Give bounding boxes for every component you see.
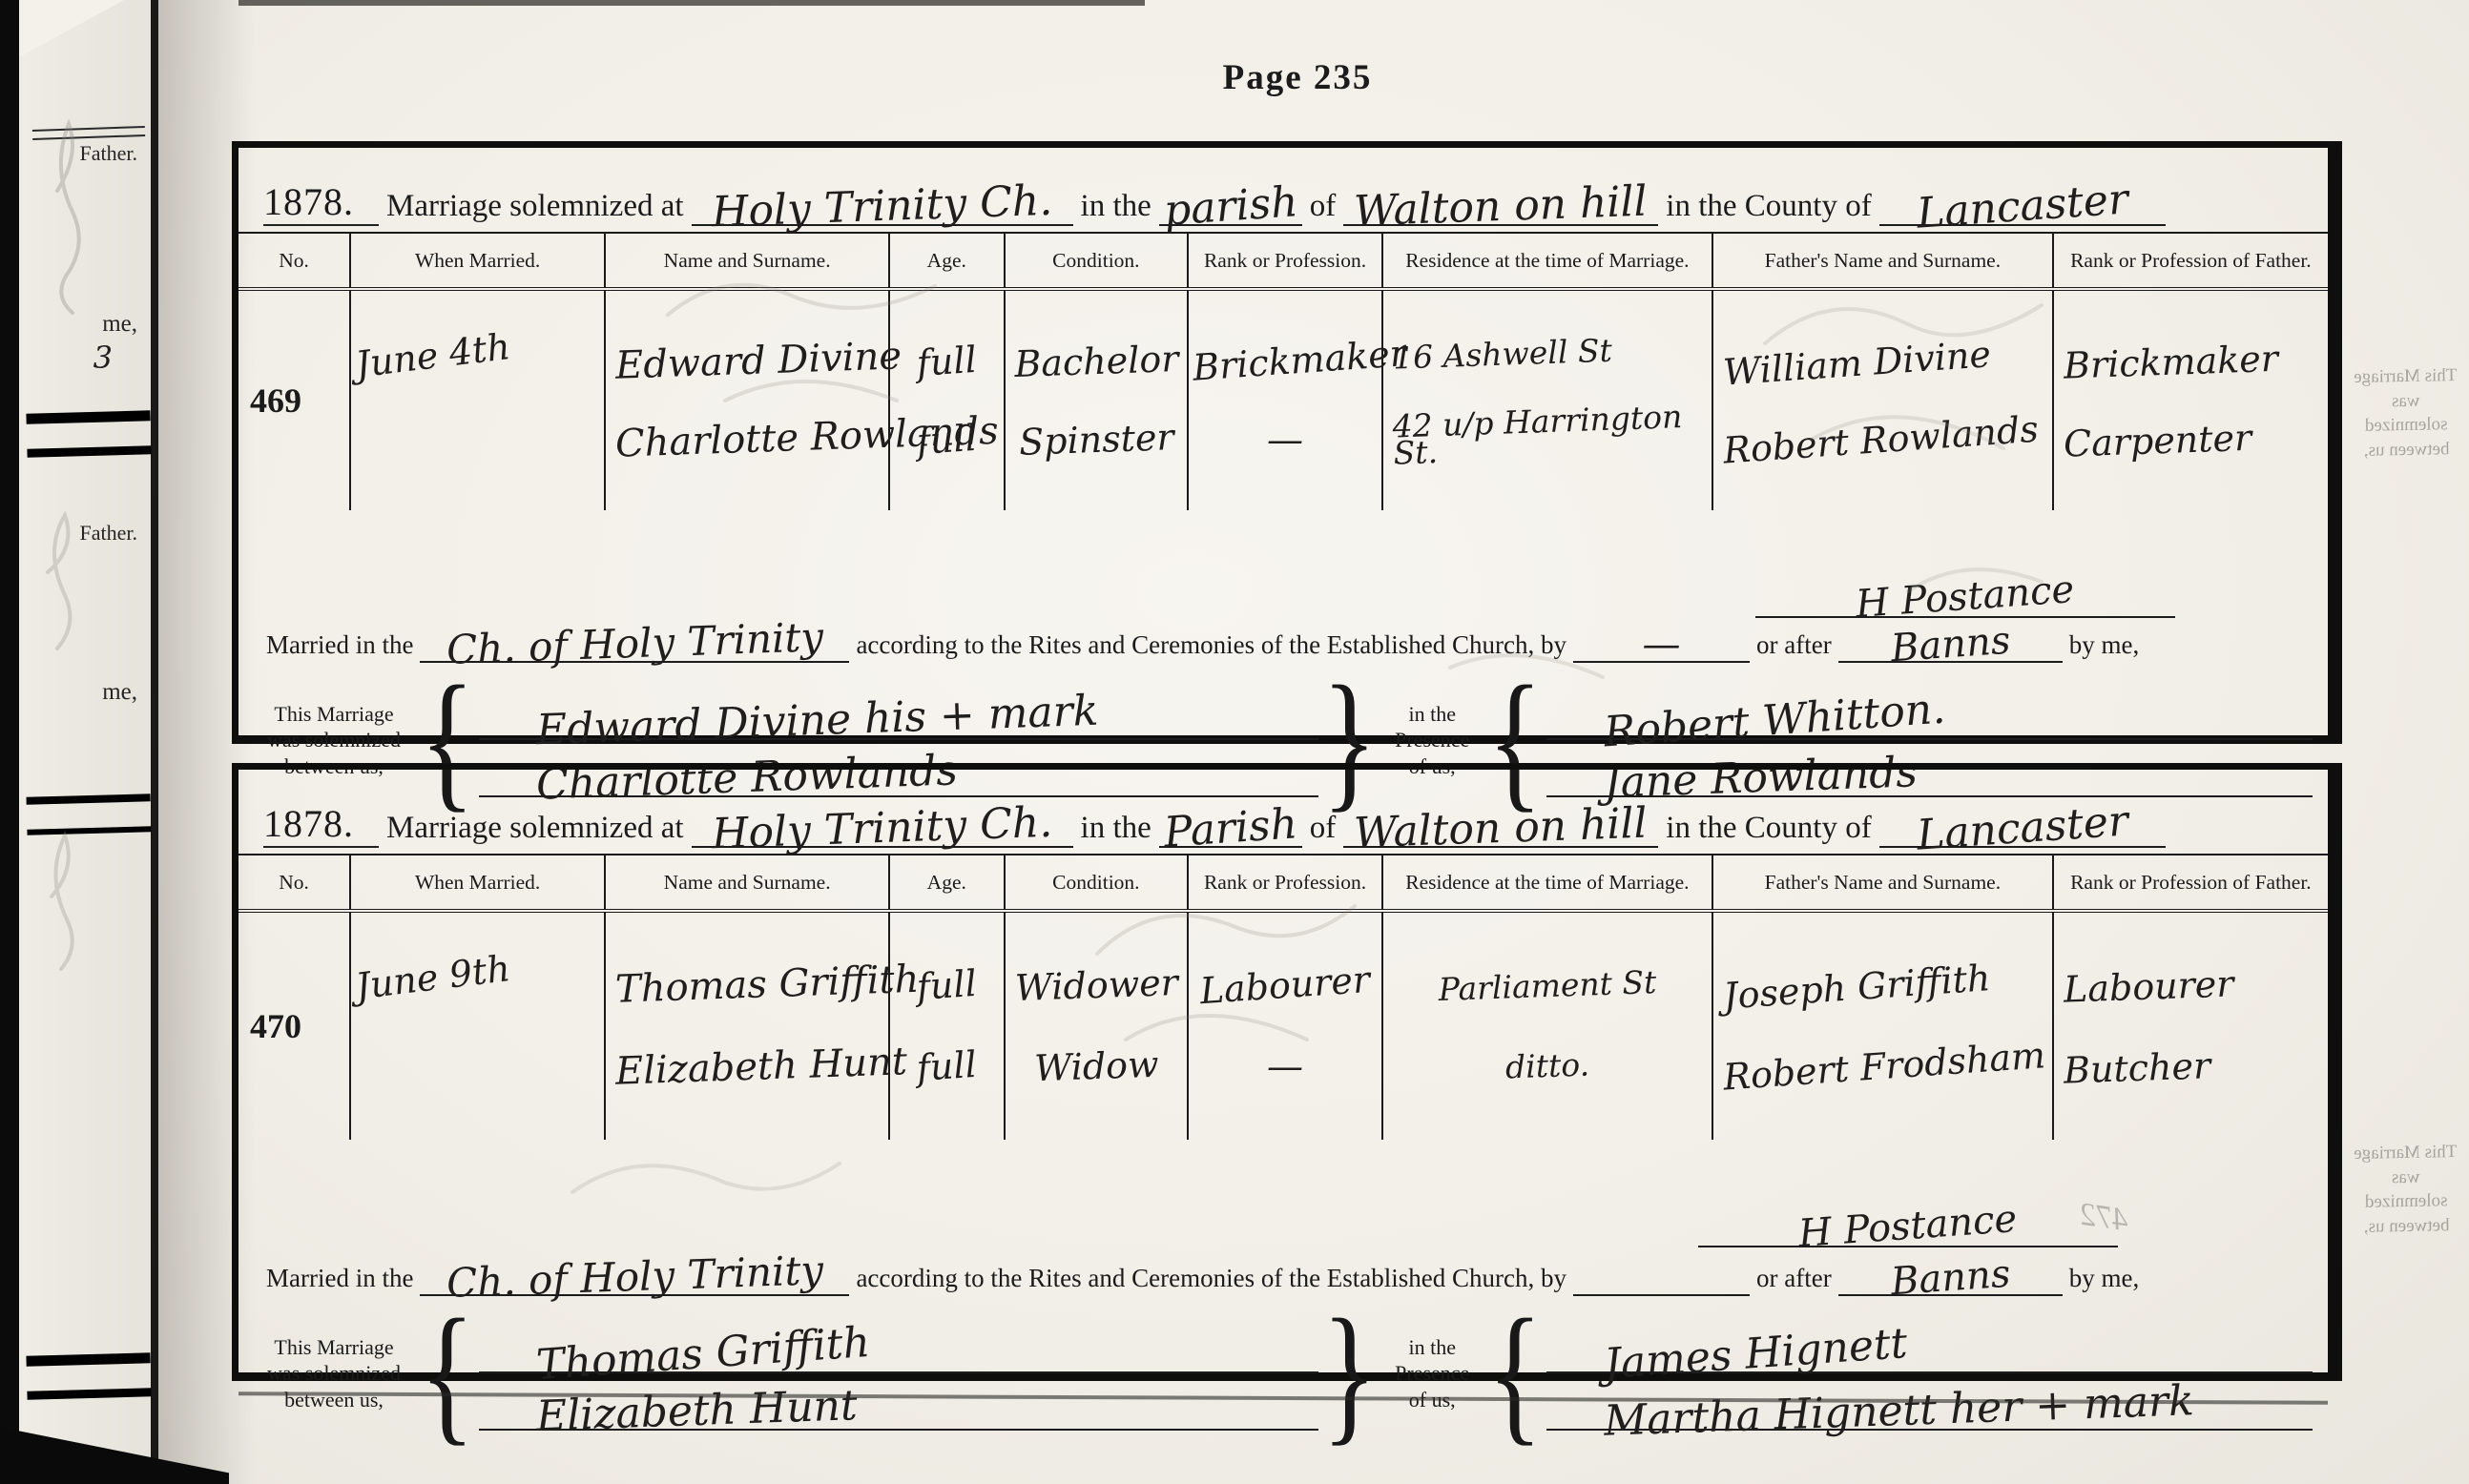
form-text: in the [1073,811,1159,848]
margin-fragment: me, [102,679,137,706]
groom-condition: Widower [1008,967,1184,1004]
groom-residence: 16 Ashwell St [1386,334,1708,372]
col-header-no: No. [239,855,349,909]
form-text: or after [1750,1264,1838,1296]
entry-number: 469 [242,381,301,421]
col-header-father-profession: Rank or Profession of Father. [2052,234,2328,287]
form-text: according to the Rites and Ceremonies of… [849,1264,1573,1296]
married-in-line: Married in the Ch. of Holy Trinity accor… [239,1140,2328,1296]
form-text: Marriage solemnized at [379,811,692,848]
bride-name: Charlotte Rowlands [610,419,885,461]
margin-black-band [26,410,151,457]
church-entry: Holy Trinity Ch. [711,804,1052,852]
entry-row: 470 June 9th Thomas Griffith Elizabeth H… [239,913,2328,1140]
witness-signature: Martha Hignett her + mark [1603,1383,2194,1439]
col-header-age: Age. [888,855,1003,909]
groom-father: Joseph Griffith [1716,958,2048,1012]
bleedthrough-stamp: This Marriage was solemnized between us, [2348,1140,2464,1240]
form-text: in the [1073,189,1159,226]
bride-profession: — [1193,424,1378,455]
margin-fragment: 3 [93,345,113,371]
marriage-record-470: 1878. Marriage solemnized at Holy Trinit… [232,763,2342,1381]
bleedthrough-stamp: This Marriage was solemnized between us, [2348,363,2464,464]
marriage-record-469: 1878. Marriage solemnized at Holy Trinit… [232,141,2342,744]
form-text: in the County of [1658,189,1878,226]
bride-residence: 42 u/p Harrington St. [1386,402,1709,467]
after-entry: Banns [1890,1258,2011,1299]
margin-fragment: Father. [80,141,138,166]
bride-condition: Widow [1008,1048,1184,1085]
col-header-profession: Rank or Profession. [1187,855,1381,909]
previous-page-sliver: Father. me, 3 Father. me, [19,0,158,1484]
married-in-entry: Ch. of Holy Trinity [446,620,823,667]
bride-condition: Spinster [1008,422,1184,459]
col-header-no: No. [239,234,349,287]
scan-edge-artifact [239,0,1145,6]
married-in-line: Married in the Ch. of Holy Trinity accor… [239,510,2328,663]
form-text: or after [1750,630,1838,663]
year-label: 1878. [263,179,379,226]
column-headers: No. When Married. Name and Surname. Age.… [239,854,2328,913]
bride-name: Elizabeth Hunt [610,1046,885,1088]
parish-word-entry: Parish [1163,806,1298,851]
brace-open-icon: { [416,1296,479,1451]
groom-profession: Labourer [1192,964,1378,1008]
entry-row: 469 June 4th Edward Divine Charlotte Row… [239,291,2328,510]
form-text: Marriage solemnized at [379,189,692,226]
county-entry: Lancaster [1916,803,2129,854]
bride-father-profession: Carpenter [2057,420,2324,460]
when-married-entry: June 9th [354,941,601,1001]
margin-fragment: Father. [80,521,138,546]
solemnized-section: This Marriage was solemnized between us,… [239,1296,2328,1454]
col-header-residence: Residence at the time of Marriage. [1381,234,1712,287]
col-header-profession: Rank or Profession. [1187,234,1381,287]
parish-entry: Walton on hill [1354,805,1649,851]
groom-profession: Brickmaker [1192,340,1378,383]
after-entry: Banns [1890,625,2011,666]
book-binding-edge [0,0,19,1484]
torn-corner [19,0,124,57]
entry-number: 470 [242,1006,301,1046]
form-text: of [1302,811,1344,848]
officiant-signature: H Postance [1855,573,2075,621]
bride-father: Robert Rowlands [1716,413,2048,466]
margin-rule-fragment [32,126,145,140]
margin-black-band [26,794,151,835]
scanned-register-page: Father. me, 3 Father. me, Page 235 1878.… [0,0,2469,1484]
officiant-signature: H Postance [1797,1203,2018,1250]
bride-residence: ditto. [1386,1047,1708,1085]
groom-residence: Parliament St [1386,967,1708,1005]
form-text: of [1302,189,1344,226]
record-header: 1878. Marriage solemnized at Holy Trinit… [239,148,2328,232]
married-in-entry: Ch. of Holy Trinity [446,1253,823,1300]
by-entry: — [1643,629,1681,661]
col-header-father-profession: Rank or Profession of Father. [2052,855,2328,909]
col-header-condition: Condition. [1004,855,1188,909]
col-header-name: Name and Surname. [604,855,888,909]
groom-name: Edward Divine [610,340,885,382]
form-text: Married in the [259,1264,420,1296]
brace-open-icon: { [1483,1296,1546,1451]
form-text: according to the Rites and Ceremonies of… [849,630,1573,663]
groom-father-profession: Brickmaker [2057,341,2324,381]
groom-father-profession: Labourer [2057,966,2324,1006]
col-header-name: Name and Surname. [604,234,888,287]
form-text: Married in the [259,630,420,663]
groom-name: Thomas Griffith [610,964,885,1006]
column-headers: No. When Married. Name and Surname. Age.… [239,232,2328,291]
bleedthrough-number: 472 [2078,1197,2131,1240]
parish-entry: Walton on hill [1354,183,1649,229]
groom-condition: Bachelor [1008,343,1184,381]
this-marriage-label: This Marriage was solemnized between us, [252,1334,416,1413]
col-header-residence: Residence at the time of Marriage. [1381,855,1712,909]
form-text: by me, [2063,630,2147,663]
col-header-when-married: When Married. [349,234,604,287]
form-text: by me, [2063,1264,2147,1296]
bride-father-profession: Butcher [2057,1046,2324,1086]
record-header: 1878. Marriage solemnized at Holy Trinit… [239,770,2328,854]
col-header-age: Age. [888,234,1003,287]
county-entry: Lancaster [1916,181,2129,232]
page-number: Page 235 [1173,57,1421,98]
groom-age: full [893,967,1000,1005]
col-header-father: Father's Name and Surname. [1712,855,2052,909]
presence-label: in the Presence of us, [1380,1334,1483,1413]
col-header-father: Father's Name and Surname. [1712,234,2052,287]
col-header-when-married: When Married. [349,855,604,909]
parish-word-entry: parish [1162,184,1298,229]
bride-profession: — [1193,1051,1378,1082]
margin-fragment: me, [102,311,137,338]
groom-father: William Divine [1716,335,2048,388]
col-header-condition: Condition. [1004,234,1188,287]
bride-father: Robert Frodsham [1716,1040,2048,1093]
church-entry: Holy Trinity Ch. [711,182,1052,230]
margin-black-band [26,1352,151,1399]
form-text: in the County of [1658,811,1878,848]
bride-age: full [893,1047,1000,1085]
brace-close-icon: } [1318,1296,1381,1451]
groom-age: full [893,342,1000,381]
when-married-entry: June 4th [354,319,601,380]
year-label: 1878. [263,801,379,848]
